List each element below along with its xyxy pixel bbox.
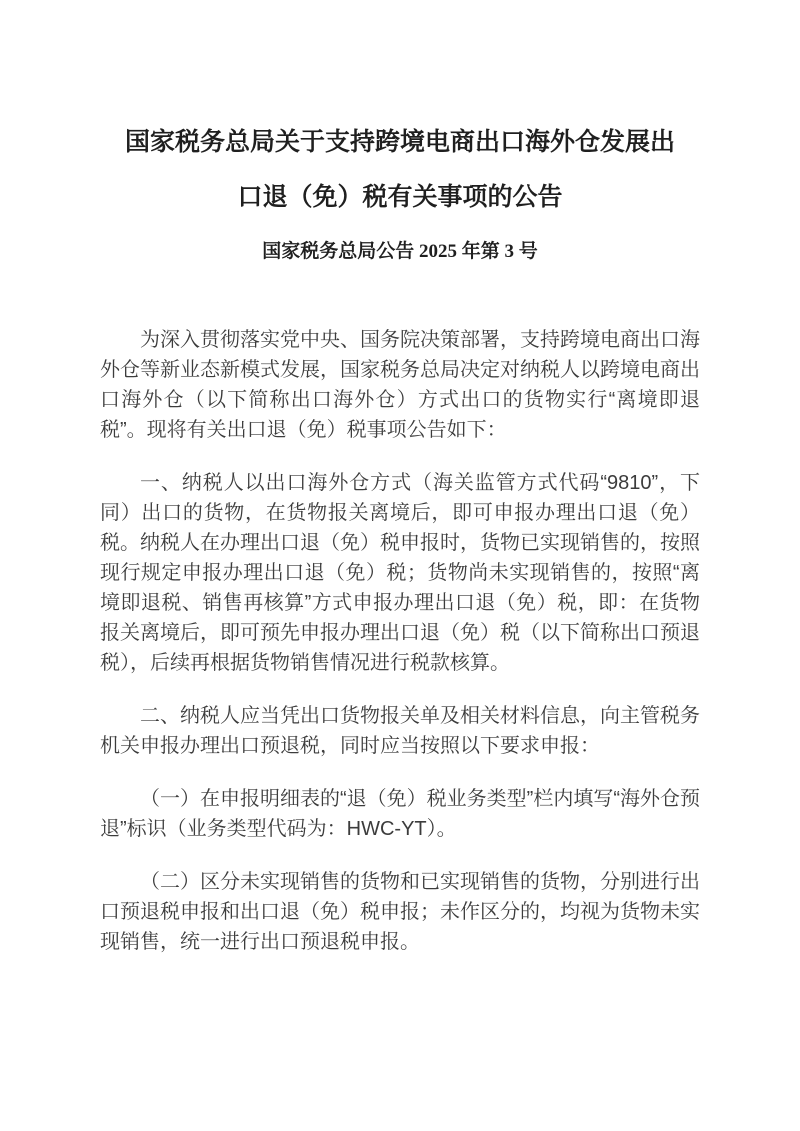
document-title-line-1: 国家税务总局关于支持跨境电商出口海外仓发展出 <box>100 115 700 170</box>
document-number: 国家税务总局公告 2025 年第 3 号 <box>100 237 700 267</box>
document-body: 为深入贯彻落实党中央、国务院决策部署，支持跨境电商出口海外仓等新业态新模式发展，… <box>100 325 700 957</box>
document-title-line-2: 口退（免）税有关事项的公告 <box>100 170 700 225</box>
paragraph-article-2-item-1: （一）在申报明细表的“退（免）税业务类型”栏内填写“海外仓预退”标识（业务类型代… <box>100 784 700 844</box>
document-page: 国家税务总局关于支持跨境电商出口海外仓发展出 口退（免）税有关事项的公告 国家税… <box>0 0 800 1131</box>
paragraph-article-1: 一、纳税人以出口海外仓方式（海关监管方式代码“9810”，下同）出口的货物，在货… <box>100 468 700 678</box>
paragraph-article-2: 二、纳税人应当凭出口货物报关单及相关材料信息，向主管税务机关申报办理出口预退税，… <box>100 701 700 761</box>
paragraph-intro: 为深入贯彻落实党中央、国务院决策部署，支持跨境电商出口海外仓等新业态新模式发展，… <box>100 325 700 445</box>
document-title: 国家税务总局关于支持跨境电商出口海外仓发展出 口退（免）税有关事项的公告 <box>100 115 700 225</box>
paragraph-article-2-item-2: （二）区分未实现销售的货物和已实现销售的货物，分别进行出口预退税申报和出口退（免… <box>100 867 700 957</box>
